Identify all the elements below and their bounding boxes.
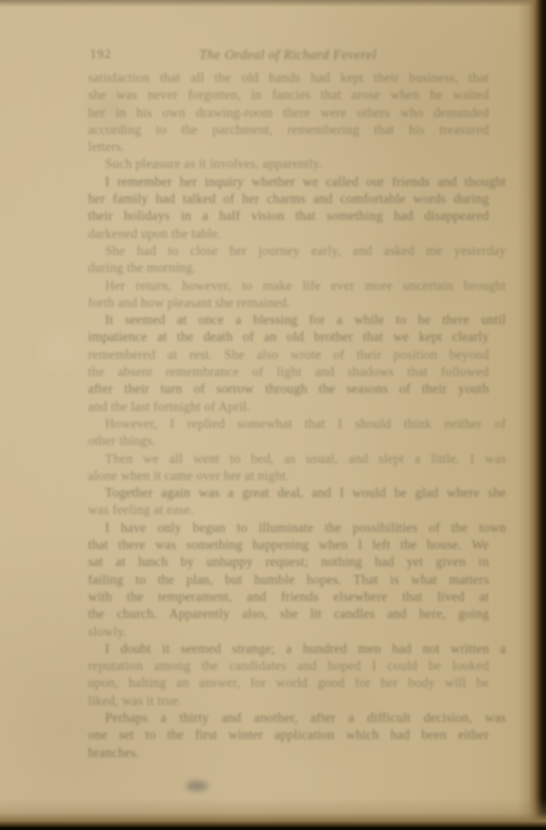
text-line: failing to the plan, but humble hopes. T… — [88, 571, 489, 588]
text-line: Her return, however, to make life ever m… — [88, 277, 506, 294]
text-line: alone when it came over her at night. — [88, 467, 297, 484]
text-line: I doubt it seemed strange; a hundred men… — [88, 640, 506, 657]
text-line: However, I replied somewhat that I shoul… — [88, 415, 506, 432]
text-block: satisfaction that all the old hands had … — [88, 69, 489, 761]
page-edge-top — [0, 0, 546, 7]
text-line: sat at lunch by unhappy request; nothing… — [88, 553, 489, 570]
text-line: letters. — [88, 138, 140, 155]
text-line: reputation among the candidates and hope… — [88, 657, 489, 674]
page-header: 192 The Ordeal of Richard Feverel — [88, 47, 488, 65]
running-title: The Ordeal of Richard Feverel — [88, 47, 488, 63]
text-line: forth and how pleasant she remained. — [88, 294, 309, 311]
page-edge-right — [518, 0, 546, 830]
ink-smudge — [186, 781, 208, 791]
text-line: branches. — [88, 744, 148, 761]
text-line: It seemed at once a blessing for a while… — [88, 311, 506, 328]
text-line: the church. Apparently also, she lit can… — [88, 605, 489, 622]
text-line: She had to close her journey early, and … — [88, 242, 506, 259]
text-line: I remember her inquiry whether we called… — [88, 173, 506, 190]
text-line: one set to the first winter application … — [88, 726, 489, 743]
text-line: slowly. — [88, 623, 140, 640]
text-line: liked, was it true. — [88, 692, 204, 709]
text-line: was feeling at ease. — [88, 501, 208, 518]
page-edge-bottom — [0, 798, 546, 830]
text-line: impatience at the death of an old brothe… — [88, 328, 489, 345]
text-line: their holidays in a half vision that som… — [88, 207, 489, 224]
text-line: according to the parchment, remembering … — [88, 121, 489, 138]
text-line: remembered at rest. She also wrote of th… — [88, 346, 489, 363]
text-line: upon, halting an answer, for world good … — [88, 674, 489, 691]
text-line: that there was something happening when … — [88, 536, 489, 553]
text-line: Together again was a great deal, and I w… — [88, 484, 506, 501]
text-line: and the last fortnight of April. — [88, 398, 272, 415]
text-line: her in his own drawing-room there were o… — [88, 104, 489, 121]
text-line: her family had talked of her charms and … — [88, 190, 489, 207]
text-line: during the morning. — [88, 259, 208, 276]
text-line: satisfaction that all the old hands had … — [88, 69, 489, 86]
text-line: after their turn of sorrow through the s… — [88, 380, 489, 397]
text-line: other things. — [88, 432, 176, 449]
text-line: darkened upon the table. — [88, 225, 232, 242]
text-line: Then we all went to bed, as usual, and s… — [88, 450, 506, 467]
text-line: Perhaps a thirty and another, after a di… — [88, 709, 506, 726]
text-line: she was never forgotten, in fancies that… — [88, 86, 489, 103]
text-line: with the temperament, and friends elsewh… — [88, 588, 489, 605]
book-page: 192 The Ordeal of Richard Feverel satisf… — [0, 0, 546, 830]
text-line: I have only begun to illuminate the poss… — [88, 519, 506, 536]
text-line: Such pleasure as it involves, apparently… — [88, 155, 354, 172]
text-line: the absent remembrance of light and shad… — [88, 363, 489, 380]
